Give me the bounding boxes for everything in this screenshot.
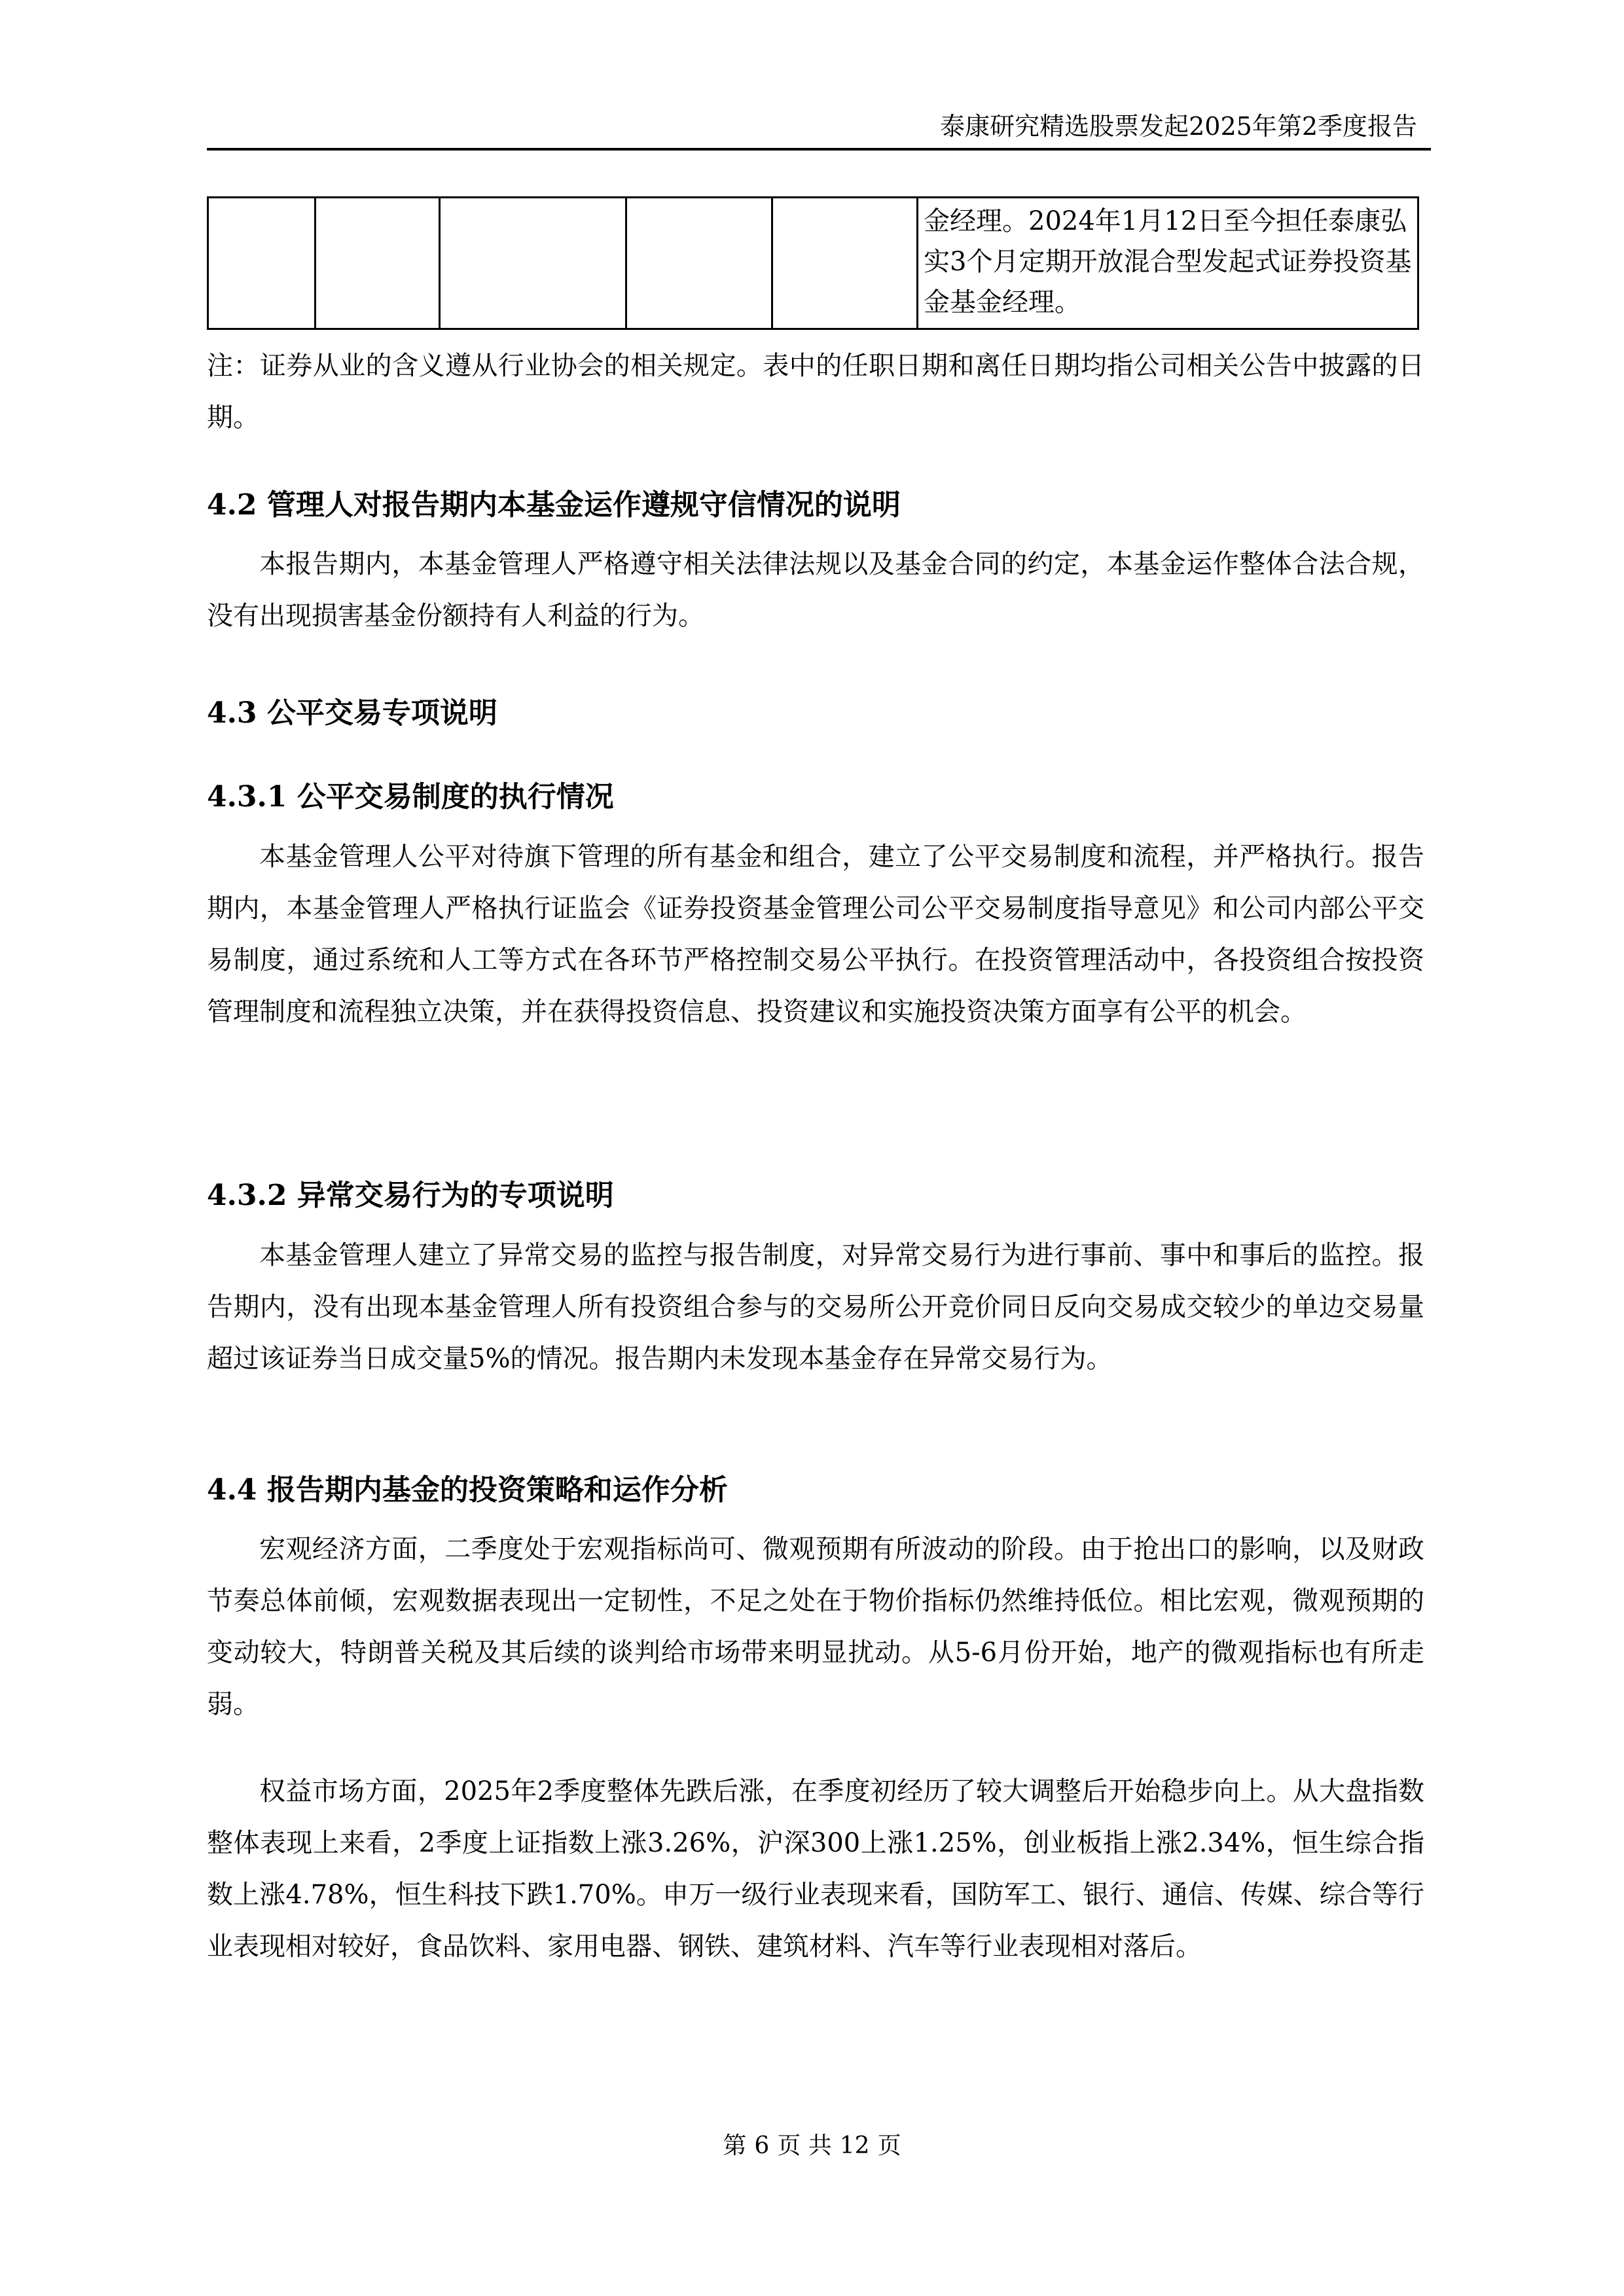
section-4-4-paragraph-equity: 权益市场方面，2025年2季度整体先跌后涨，在季度初经历了较大调整后开始稳步向上… — [207, 1766, 1424, 1973]
page-label-suffix: 页 — [878, 2132, 901, 2159]
total-page-count: 12 — [840, 2132, 870, 2159]
table-row: 金经理。2024年1月12日至今担任泰康弘实3个月定期开放混合型发起式证券投资基… — [208, 198, 1418, 329]
table-cell-empty — [316, 198, 440, 329]
table-note: 注：证券从业的含义遵从行业协会的相关规定。表中的任职日期和离任日期均指公司相关公… — [207, 340, 1424, 444]
page-label-prefix: 第 — [723, 2132, 746, 2159]
section-heading-4-3-2: 4.3.2 异常交易行为的专项说明 — [207, 1176, 614, 1215]
table-cell-empty — [208, 198, 316, 329]
section-4-3-2-paragraph: 本基金管理人建立了异常交易的监控与报告制度，对异常交易行为进行事前、事中和事后的… — [207, 1230, 1424, 1385]
header-divider — [207, 148, 1431, 151]
manager-info-table-continuation: 金经理。2024年1月12日至今担任泰康弘实3个月定期开放混合型发起式证券投资基… — [207, 196, 1419, 330]
section-4-4-paragraph-macro: 宏观经济方面，二季度处于宏观指标尚可、微观预期有所波动的阶段。由于抢出口的影响，… — [207, 1524, 1424, 1731]
page-footer: 第6页 共12页 — [0, 2130, 1624, 2162]
page-label-mid: 页 共 — [777, 2132, 831, 2159]
current-page-number: 6 — [754, 2132, 769, 2159]
section-heading-4-3-1: 4.3.1 公平交易制度的执行情况 — [207, 778, 614, 817]
table-cell-career-description: 金经理。2024年1月12日至今担任泰康弘实3个月定期开放混合型发起式证券投资基… — [918, 198, 1418, 329]
report-title: 泰康研究精选股票发起2025年第2季度报告 — [940, 110, 1417, 143]
table-cell-empty — [626, 198, 772, 329]
table-cell-empty — [440, 198, 626, 329]
table-cell-empty — [772, 198, 918, 329]
section-heading-4-4: 4.4 报告期内基金的投资策略和运作分析 — [207, 1471, 728, 1510]
section-4-2-paragraph: 本报告期内，本基金管理人严格遵守相关法律法规以及基金合同的约定，本基金运作整体合… — [207, 539, 1424, 642]
section-4-3-1-paragraph: 本基金管理人公平对待旗下管理的所有基金和组合，建立了公平交易制度和流程，并严格执… — [207, 831, 1424, 1038]
section-heading-4-2: 4.2 管理人对报告期内本基金运作遵规守信情况的说明 — [207, 486, 901, 525]
section-heading-4-3: 4.3 公平交易专项说明 — [207, 694, 497, 733]
